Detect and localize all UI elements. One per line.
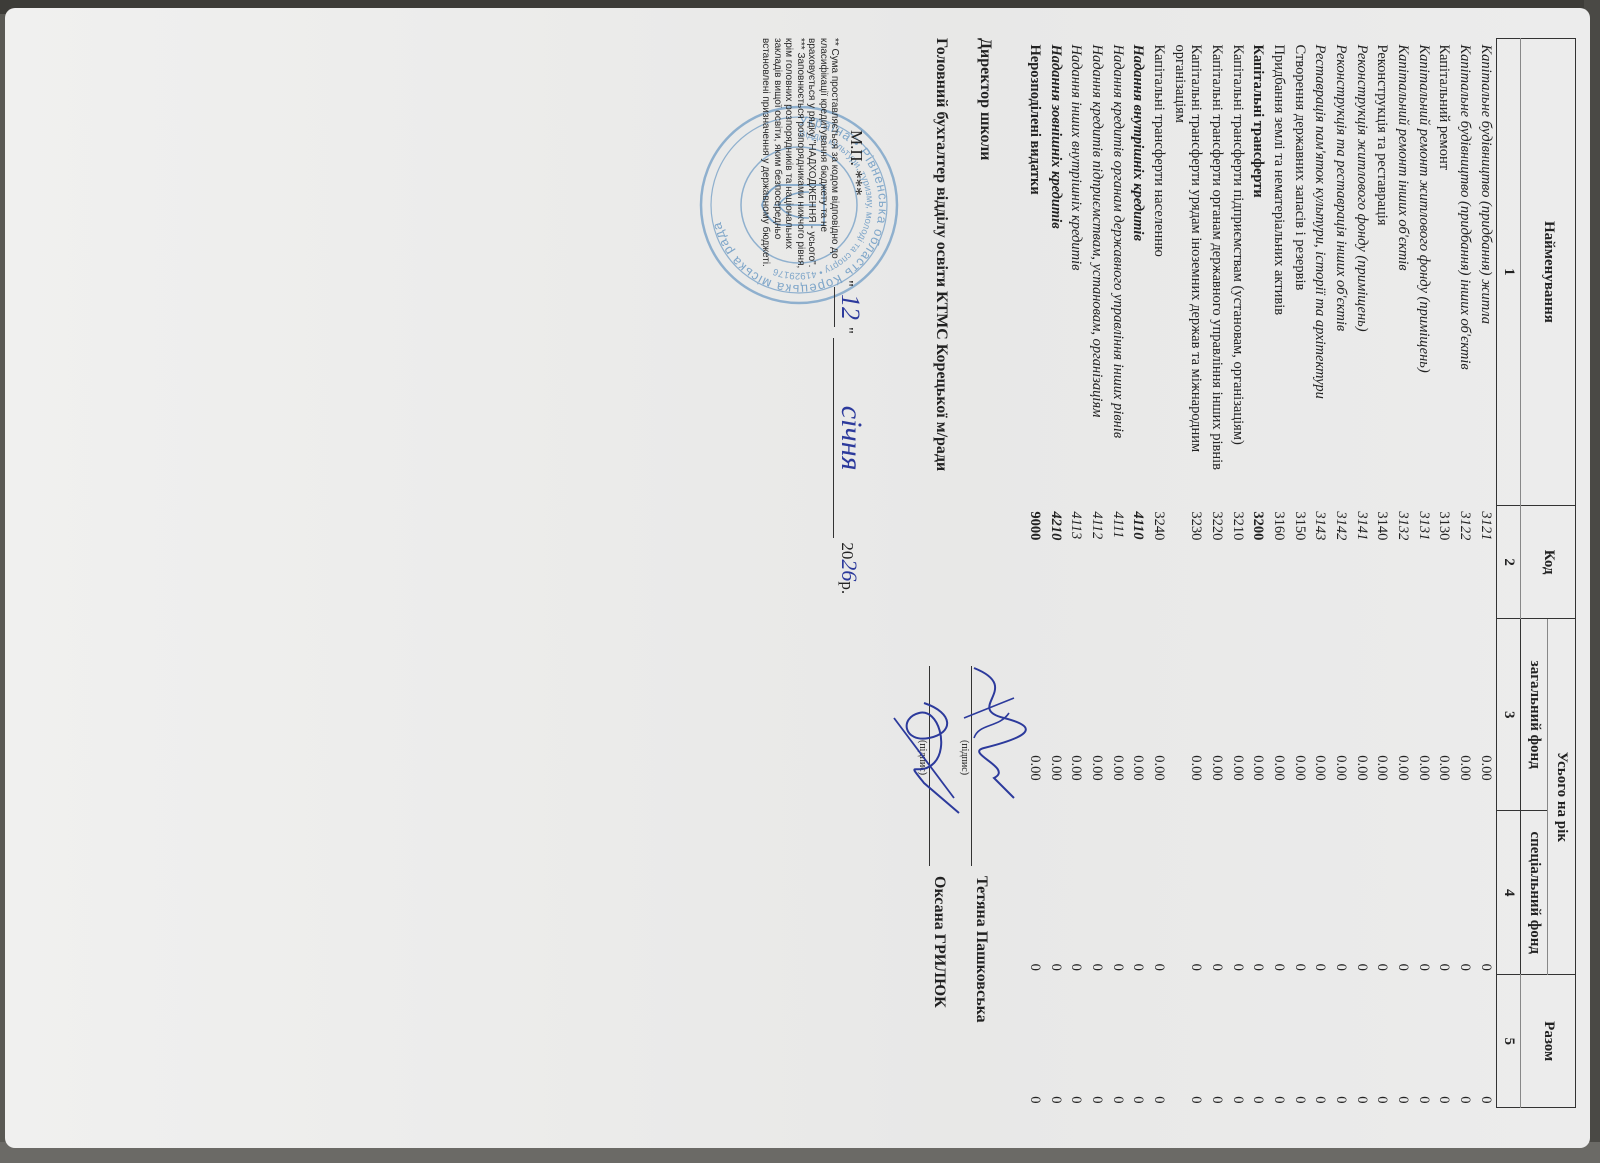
date-suffix: р. [838,581,857,594]
row-total: 0 [1248,975,1269,1108]
row-special-fund: 0 [1066,811,1087,975]
row-general-fund: 0.00 [1351,619,1372,811]
row-code: 3140 [1372,505,1393,618]
row-general-fund: 0.00 [1372,619,1393,811]
accountant-name: Оксана ГРИЛЮК [930,876,948,1008]
row-name: Капітальні трансферти населенню [1148,39,1169,506]
row-total: 0 [1351,975,1372,1108]
row-code: 3131 [1413,505,1434,618]
row-code: 3122 [1454,505,1475,618]
row-name: Надання внутрішніх кредитів [1128,39,1149,506]
header-code: Код [1521,505,1576,618]
row-code: 4111 [1107,505,1128,618]
row-total: 0 [1454,975,1475,1108]
row-general-fund: 0.00 [1227,619,1248,811]
row-code: 3150 [1289,505,1310,618]
table-row: Надання кредитів підприємствам, установа… [1086,39,1107,1108]
row-general-fund: 0.00 [1086,619,1107,811]
row-code: 3141 [1351,505,1372,618]
row-total: 0 [1227,975,1248,1108]
row-total: 0 [1169,975,1206,1108]
accountant-signature-row: Головний бухгалтер відділу освіти КТМС К… [932,38,950,471]
header-general-fund: загальний фонд [1521,619,1549,811]
table-row: Капітальний ремонт інших об'єктів31320.0… [1392,39,1413,1108]
row-total: 0 [1289,975,1310,1108]
table-row: Надання кредитів органам державного упра… [1107,39,1128,1108]
document-sheet: Найменування Код Усього на рік Разом заг… [5,8,1590,1148]
row-special-fund: 0 [1268,811,1289,975]
header-special-fund: спеціальний фонд [1521,811,1549,975]
table-row: Реставрація пам'яток культури, історії т… [1310,39,1331,1108]
colnum-5: 5 [1496,975,1520,1108]
row-name: Капітальний ремонт інших об'єктів [1392,39,1413,506]
table-row: Капітальні трансферти підприємствам (уст… [1227,39,1248,1108]
row-special-fund: 0 [1248,811,1269,975]
row-code: 4110 [1128,505,1149,618]
row-code: 3121 [1475,505,1496,618]
table-row: Капітальний ремонт житлового фонду (прим… [1413,39,1434,1108]
table-row: Надання інших внутрішніх кредитів41130.0… [1066,39,1087,1108]
row-special-fund: 0 [1413,811,1434,975]
director-name: Тетяна Пашковська [972,876,990,1023]
row-total: 0 [1107,975,1128,1108]
row-name: Капітальний ремонт [1434,39,1455,506]
row-code: 3160 [1268,505,1289,618]
table-row: Капітальний ремонт31300.0000 [1434,39,1455,1108]
row-special-fund: 0 [1289,811,1310,975]
date-quote-close: " [838,327,857,334]
date-field: "12" січня 2026р. [833,280,868,594]
director-role: Директор школи [976,38,994,161]
budget-table-body: Капітальне будівництво (придбання) житла… [1024,39,1496,1108]
table-row: Реконструкція житлового фонду (приміщень… [1351,39,1372,1108]
table-row: Створення державних запасів і резервів31… [1289,39,1310,1108]
table-row: Капітальне будівництво (придбання) житла… [1475,39,1496,1108]
row-total: 0 [1148,975,1169,1108]
row-total: 0 [1268,975,1289,1108]
row-total: 0 [1392,975,1413,1108]
stamp-and-notes-area: Україна • Рівненська область Корецька мі… [654,30,874,1130]
date-month: січня [833,338,868,538]
row-total: 0 [1024,975,1045,1108]
row-general-fund: 0.00 [1045,619,1066,811]
row-total: 0 [1086,975,1107,1108]
row-special-fund: 0 [1045,811,1066,975]
row-general-fund: 0.00 [1310,619,1331,811]
table-row: Придбання землі та нематеріальних активі… [1268,39,1289,1108]
row-name: Капітальне будівництво (придбання) інших… [1454,39,1475,506]
header-year-total: Усього на рік [1548,619,1576,975]
row-general-fund: 0.00 [1128,619,1149,811]
row-special-fund: 0 [1024,811,1045,975]
row-total: 0 [1045,975,1066,1108]
row-special-fund: 0 [1227,811,1248,975]
footnote-lower-level-managers: *** Заповнюється розпорядниками нижчого … [760,38,806,288]
row-general-fund: 0.00 [1434,619,1455,811]
row-code: 4113 [1066,505,1087,618]
stamp-place-label: М.П. *** [846,130,866,196]
row-name: Реконструкція та реставрація інших об'єк… [1330,39,1351,506]
row-code: 3230 [1169,505,1206,618]
row-general-fund: 0.00 [1413,619,1434,811]
row-code: 4210 [1045,505,1066,618]
document-content: Найменування Код Усього на рік Разом заг… [654,30,1576,1130]
row-special-fund: 0 [1148,811,1169,975]
row-name: Капітальні трансферти підприємствам (уст… [1227,39,1248,506]
header-total: Разом [1521,975,1576,1108]
row-code: 3220 [1206,505,1227,618]
row-general-fund: 0.00 [1066,619,1087,811]
row-name: Капітальний ремонт житлового фонду (прим… [1413,39,1434,506]
row-general-fund: 0.00 [1107,619,1128,811]
row-name: Надання зовнішніх кредитів [1045,39,1066,506]
accountant-handwritten-signature-icon [884,688,974,828]
date-quote-open: " [838,280,857,287]
row-special-fund: 0 [1086,811,1107,975]
row-total: 0 [1475,975,1496,1108]
row-total: 0 [1434,975,1455,1108]
row-general-fund: 0.00 [1169,619,1206,811]
row-total: 0 [1310,975,1331,1108]
date-year-prefix: 20 [838,542,857,559]
footnote-credit-code: ** Сума проставляється за кодом відповід… [806,38,841,288]
table-row: Капітальні трансферти32000.0000 [1248,39,1269,1108]
row-code: 4112 [1086,505,1107,618]
row-total: 0 [1128,975,1149,1108]
row-code: 3210 [1227,505,1248,618]
date-year-suffix: 26 [837,559,862,581]
accountant-role: Головний бухгалтер відділу освіти КТМС К… [932,38,950,471]
table-row: Надання зовнішніх кредитів42100.0000 [1045,39,1066,1108]
row-special-fund: 0 [1169,811,1206,975]
row-special-fund: 0 [1372,811,1393,975]
row-code: 3142 [1330,505,1351,618]
row-code: 3200 [1248,505,1269,618]
colnum-3: 3 [1496,619,1520,811]
table-row: Капітальні трансферти урядам іноземних д… [1169,39,1206,1108]
table-row: Капітальні трансферти населенню32400.000… [1148,39,1169,1108]
row-name: Капітальні трансферти урядам іноземних д… [1169,39,1206,506]
row-name: Придбання землі та нематеріальних активі… [1268,39,1289,506]
header-name: Найменування [1521,39,1576,506]
row-total: 0 [1206,975,1227,1108]
row-special-fund: 0 [1434,811,1455,975]
row-special-fund: 0 [1351,811,1372,975]
row-name: Капітальні трансферти органам державного… [1206,39,1227,506]
table-row: Капітальні трансферти органам державного… [1206,39,1227,1108]
row-general-fund: 0.00 [1475,619,1496,811]
row-special-fund: 0 [1107,811,1128,975]
row-total: 0 [1413,975,1434,1108]
table-row: Реконструкція та реставрація31400.0000 [1372,39,1393,1108]
row-code: 3132 [1392,505,1413,618]
row-code: 3143 [1310,505,1331,618]
table-row: Нерозподілені видатки90000.0000 [1024,39,1045,1108]
row-general-fund: 0.00 [1206,619,1227,811]
row-name: Надання кредитів органам державного упра… [1107,39,1128,506]
director-signature-row: Директор школи [976,38,994,161]
row-special-fund: 0 [1128,811,1149,975]
row-total: 0 [1372,975,1393,1108]
colnum-1: 1 [1496,39,1520,506]
table-row: Надання внутрішніх кредитів41100.0000 [1128,39,1149,1108]
row-general-fund: 0.00 [1330,619,1351,811]
colnum-2: 2 [1496,505,1520,618]
row-general-fund: 0.00 [1268,619,1289,811]
footnotes: ** Сума проставляється за кодом відповід… [760,38,841,288]
colnum-4: 4 [1496,811,1520,975]
row-general-fund: 0.00 [1289,619,1310,811]
row-name: Надання інших внутрішніх кредитів [1066,39,1087,506]
row-special-fund: 0 [1330,811,1351,975]
row-special-fund: 0 [1454,811,1475,975]
row-total: 0 [1330,975,1351,1108]
row-code: 3240 [1148,505,1169,618]
row-special-fund: 0 [1475,811,1496,975]
table-row: Капітальне будівництво (придбання) інших… [1454,39,1475,1108]
row-general-fund: 0.00 [1454,619,1475,811]
budget-table: Найменування Код Усього на рік Разом заг… [1024,38,1576,1108]
row-name: Реконструкція та реставрація [1372,39,1393,506]
row-general-fund: 0.00 [1148,619,1169,811]
row-general-fund: 0.00 [1248,619,1269,811]
row-name: Нерозподілені видатки [1024,39,1045,506]
row-general-fund: 0.00 [1392,619,1413,811]
row-name: Надання кредитів підприємствам, установа… [1086,39,1107,506]
row-name: Створення державних запасів і резервів [1289,39,1310,506]
row-name: Реставрація пам'яток культури, історії т… [1310,39,1331,506]
row-name: Капітальне будівництво (придбання) житла [1475,39,1496,506]
row-code: 3130 [1434,505,1455,618]
row-name: Реконструкція житлового фонду (приміщень… [1351,39,1372,506]
row-code: 9000 [1024,505,1045,618]
row-special-fund: 0 [1392,811,1413,975]
row-special-fund: 0 [1206,811,1227,975]
row-total: 0 [1066,975,1087,1108]
table-row: Реконструкція та реставрація інших об'єк… [1330,39,1351,1108]
date-day: 12 [834,287,865,327]
row-name: Капітальні трансферти [1248,39,1269,506]
row-special-fund: 0 [1310,811,1331,975]
